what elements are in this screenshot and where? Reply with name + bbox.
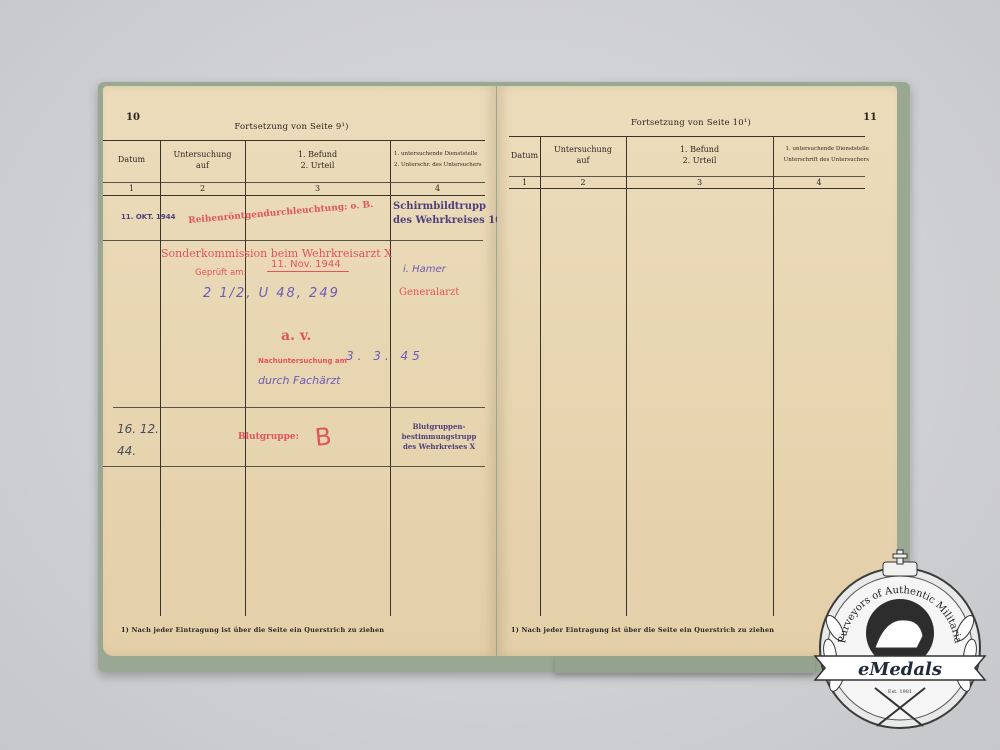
column-divider xyxy=(390,140,391,616)
column-divider xyxy=(160,140,161,616)
entry-separator xyxy=(113,407,485,408)
emedals-logo: Purveyors of Authentic Militaria eMedals… xyxy=(805,548,995,738)
column-number: 4 xyxy=(390,184,485,193)
stamp-line: bestimmungstrupp xyxy=(393,432,485,442)
header-line: Untersuchung xyxy=(540,144,626,155)
column-header-exam: Untersuchung auf xyxy=(160,149,245,171)
column-header-finding: 1. Befund 2. Urteil xyxy=(626,144,773,166)
column-header-date: Datum xyxy=(509,150,540,161)
handwritten-note: durch Fachärzt xyxy=(258,374,340,387)
header-line: Untersuchung xyxy=(160,149,245,160)
verdict-stamp: a. v. xyxy=(281,328,311,344)
office-stamp: Schirmbildtrupp des Wehrkreises 10 xyxy=(393,200,485,228)
header-line: 2. Urteil xyxy=(626,155,773,166)
header-line: 2. Urteil xyxy=(245,160,390,171)
header-line: auf xyxy=(160,160,245,171)
column-number: 1 xyxy=(509,178,540,187)
signature: i. Hamer xyxy=(403,264,446,275)
header-line: Unterschrift des Untersuchers xyxy=(773,155,869,166)
date-line: 16. 12. xyxy=(117,418,159,440)
stamp-line: Schirmbildtrupp xyxy=(393,200,485,214)
checked-date: 11. Nov. 1944 xyxy=(267,259,349,272)
column-divider xyxy=(626,136,627,616)
blood-group-stamp: Blutgruppe: xyxy=(238,432,299,442)
column-number: 3 xyxy=(245,184,390,193)
column-number: 2 xyxy=(540,178,626,187)
brand-name: eMedals xyxy=(858,659,942,680)
reexam-label: Nachuntersuchung am xyxy=(258,357,347,365)
stamp-line: des Wehrkreises 10 xyxy=(393,214,485,228)
blood-office-stamp: Blutgruppen- bestimmungstrupp des Wehrkr… xyxy=(393,422,485,452)
header-line: 1. Befund xyxy=(245,149,390,160)
header-rule xyxy=(509,176,865,177)
blood-group-value: B xyxy=(314,422,333,452)
column-divider xyxy=(540,136,541,616)
column-header-office: 1. untersuchende Dienststelle 2. Untersc… xyxy=(390,149,489,171)
table-top-rule xyxy=(509,136,865,137)
header-line: 1. untersuchende Dienststelle xyxy=(394,149,489,160)
reexam-date: 3. 3. 45 xyxy=(346,349,424,363)
column-header-finding: 1. Befund 2. Urteil xyxy=(245,149,390,171)
header-line: 1. untersuchende Dienststelle xyxy=(773,144,869,155)
continuation-heading: Fortsetzung von Seite 9¹) xyxy=(95,122,488,132)
column-number: 1 xyxy=(103,184,160,193)
established-text: Est. 1981 xyxy=(888,689,912,695)
footnote: 1) Nach jeder Eintragung ist über die Se… xyxy=(121,626,384,634)
handwritten-code: 2 1/2, U 48, 249 xyxy=(203,286,340,301)
column-header-date: Datum xyxy=(103,154,160,165)
column-header-exam: Untersuchung auf xyxy=(540,144,626,166)
crown-icon xyxy=(883,550,917,576)
book-cover-edge xyxy=(555,655,815,673)
date-line: 44. xyxy=(117,440,159,462)
signer-title: Generalarzt xyxy=(399,287,459,298)
column-divider xyxy=(773,136,774,616)
stamp-line: Blutgruppen- xyxy=(393,422,485,432)
header-line: 1. Befund xyxy=(626,144,773,155)
footnote: 1) Nach jeder Eintragung ist über die Se… xyxy=(511,626,774,634)
header-line: auf xyxy=(540,155,626,166)
column-number: 3 xyxy=(626,178,773,187)
column-number: 2 xyxy=(160,184,245,193)
xray-exam-stamp: Reihenröntgendurchleuchtung: o. B. xyxy=(188,200,374,226)
column-number: 4 xyxy=(773,178,865,187)
colnum-rule xyxy=(509,188,865,189)
exam-table: Datum Untersuchung auf 1. Befund 2. Urte… xyxy=(103,140,496,656)
left-page: 10 Fortsetzung von Seite 9¹) Datum Unter… xyxy=(103,86,496,656)
checked-label: Geprüft am: xyxy=(195,268,246,278)
entry-date-handwritten: 16. 12. 44. xyxy=(117,418,159,462)
entry-date: 11. OKT. 1944 xyxy=(121,213,176,221)
stamp-line: des Wehrkreises X xyxy=(393,442,485,452)
column-header-office: 1. untersuchende Dienststelle Unterschri… xyxy=(773,144,869,166)
header-line: 2. Unterschr. des Untersuchers xyxy=(394,160,489,171)
continuation-heading: Fortsetzung von Seite 10¹) xyxy=(491,118,891,128)
